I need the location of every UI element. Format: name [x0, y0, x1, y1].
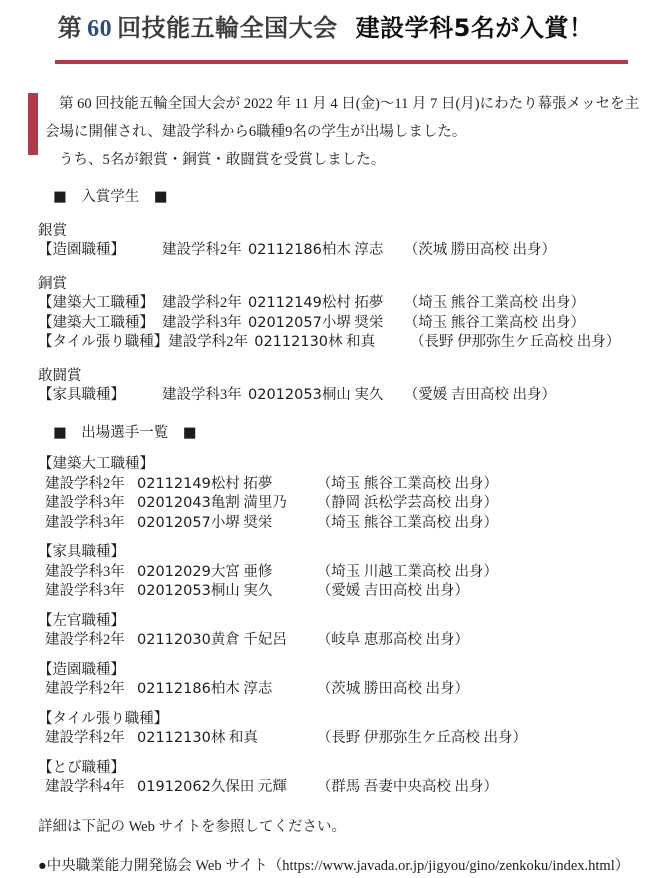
- roster-group: 【左官職種】 建設学科2年02112030黄倉 千妃呂（岐阜 恵那高校 出身）: [38, 612, 631, 651]
- student-grade: 建設学科2年: [162, 294, 248, 314]
- website-url[interactable]: （https://www.javada.or.jp/jigyou/gino/ze…: [268, 858, 630, 874]
- roster-section-header: ■ 出場選手一覧 ■: [38, 424, 631, 444]
- award-row: 【タイル張り職種】建設学科2年02112130林 和真（長野 伊那弥生ケ丘高校 …: [38, 333, 631, 353]
- website-reference-line: ●中央職業能力開発協会 Web サイト（https://www.javada.o…: [38, 857, 631, 877]
- website-label: 中央職業能力開発協会 Web サイト: [47, 858, 268, 874]
- trade-category: 【タイル張り職種】: [38, 710, 631, 730]
- student-name: 林 和真: [328, 333, 410, 353]
- student-name: 桐山 実久: [211, 582, 317, 602]
- roster-row: 建設学科3年02012057小堺 奨栄（埼玉 熊谷工業高校 出身）: [38, 514, 631, 534]
- award-name: 銀賞: [38, 222, 631, 242]
- student-origin: （埼玉 熊谷工業高校 出身）: [404, 294, 585, 314]
- student-id: 02112186: [248, 241, 322, 261]
- student-grade: 建設学科4年: [45, 778, 137, 798]
- document-body: 第 60 回技能五輪全国大会が 2022 年 11 月 4 日(金)～11 月 …: [38, 90, 631, 877]
- student-name: 亀割 満里乃: [211, 494, 317, 514]
- student-id: 02112186: [137, 680, 211, 700]
- award-group-bronze: 銅賞 【建築大工職種】建設学科2年02112149松村 拓夢（埼玉 熊谷工業高校…: [38, 275, 631, 353]
- intro-line: 会場に開催され、建設学科から6職種9名の学生が出場しました。: [45, 118, 631, 146]
- details-note: 詳細は下記の Web サイトを参照してください。: [38, 818, 631, 838]
- student-origin: （長野 伊那弥生ケ丘高校 出身）: [410, 333, 620, 353]
- student-origin: （埼玉 熊谷工業高校 出身）: [404, 314, 585, 334]
- student-grade: 建設学科3年: [45, 514, 137, 534]
- trade-category: 【とび職種】: [38, 759, 631, 779]
- student-grade: 建設学科3年: [45, 582, 137, 602]
- student-name: 大宮 亜修: [211, 563, 317, 583]
- roster-row: 建設学科4年01912062久保田 元輝（群馬 吾妻中央高校 出身）: [38, 778, 631, 798]
- student-id: 02112130: [137, 729, 211, 749]
- student-grade: 建設学科3年: [45, 494, 137, 514]
- roster-group: 【家具職種】 建設学科3年02012029大宮 亜修（埼玉 川越工業高校 出身）…: [38, 543, 631, 602]
- student-name: 林 和真: [211, 729, 317, 749]
- student-origin: （埼玉 熊谷工業高校 出身）: [317, 475, 498, 495]
- trade-label: 【建築大工職種】: [38, 314, 162, 334]
- student-origin: （岐阜 恵那高校 出身）: [317, 631, 469, 651]
- title-edition-number: 60: [82, 16, 117, 42]
- title-part-post: 回技能五輪全国大会: [117, 14, 338, 42]
- intro-paragraph: 第 60 回技能五輪全国大会が 2022 年 11 月 4 日(金)～11 月 …: [45, 90, 631, 174]
- student-id: 02112030: [137, 631, 211, 651]
- student-name: 柏木 淳志: [322, 241, 404, 261]
- student-origin: （愛媛 吉田高校 出身）: [317, 582, 469, 602]
- student-name: 桐山 実久: [322, 386, 404, 406]
- student-grade: 建設学科2年: [45, 729, 137, 749]
- student-id: 02112149: [137, 475, 211, 495]
- student-name: 小堺 奨栄: [322, 314, 404, 334]
- trade-label: 【家具職種】: [38, 386, 162, 406]
- award-name: 銅賞: [38, 275, 631, 295]
- roster-row: 建設学科2年02112030黄倉 千妃呂（岐阜 恵那高校 出身）: [38, 631, 631, 651]
- trade-label: 【タイル張り職種】: [38, 333, 168, 353]
- student-id: 02012053: [137, 582, 211, 602]
- student-origin: （埼玉 熊谷工業高校 出身）: [317, 514, 498, 534]
- award-row: 【家具職種】建設学科3年02012053桐山 実久（愛媛 吉田高校 出身）: [38, 386, 631, 406]
- student-grade: 建設学科3年: [45, 563, 137, 583]
- student-grade: 建設学科3年: [162, 314, 248, 334]
- award-row: 【造園職種】建設学科2年02112186柏木 淳志（茨城 勝田高校 出身）: [38, 241, 631, 261]
- student-name: 柏木 淳志: [211, 680, 317, 700]
- student-name: 久保田 元輝: [211, 778, 317, 798]
- student-grade: 建設学科3年: [162, 386, 248, 406]
- roster-group: 【造園職種】 建設学科2年02112186柏木 淳志（茨城 勝田高校 出身）: [38, 661, 631, 700]
- intro-line: 第 60 回技能五輪全国大会が 2022 年 11 月 4 日(金)～11 月 …: [45, 90, 631, 118]
- award-row: 【建築大工職種】建設学科2年02112149松村 拓夢（埼玉 熊谷工業高校 出身…: [38, 294, 631, 314]
- student-name: 松村 拓夢: [211, 475, 317, 495]
- roster-row: 建設学科2年02112130林 和真（長野 伊那弥生ケ丘高校 出身）: [38, 729, 631, 749]
- student-id: 02112149: [248, 294, 322, 314]
- student-origin: （茨城 勝田高校 出身）: [317, 680, 469, 700]
- student-grade: 建設学科2年: [45, 680, 137, 700]
- title-subtitle: 建設学科5名が入賞！: [356, 14, 594, 42]
- trade-category: 【建築大工職種】: [38, 455, 631, 475]
- document-page: 第60回技能五輪全国大会建設学科5名が入賞！ 第 60 回技能五輪全国大会が 2…: [0, 0, 651, 878]
- award-row: 【建築大工職種】建設学科3年02012057小堺 奨栄（埼玉 熊谷工業高校 出身…: [38, 314, 631, 334]
- student-name: 黄倉 千妃呂: [211, 631, 317, 651]
- roster-row: 建設学科3年02012053桐山 実久（愛媛 吉田高校 出身）: [38, 582, 631, 602]
- trade-category: 【造園職種】: [38, 661, 631, 681]
- roster-group: 【とび職種】 建設学科4年01912062久保田 元輝（群馬 吾妻中央高校 出身…: [38, 759, 631, 798]
- trade-label: 【造園職種】: [38, 241, 162, 261]
- student-origin: （長野 伊那弥生ケ丘高校 出身）: [317, 729, 527, 749]
- roster-row: 建設学科2年02112149松村 拓夢（埼玉 熊谷工業高校 出身）: [38, 475, 631, 495]
- page-title: 第60回技能五輪全国大会建設学科5名が入賞！: [0, 0, 651, 46]
- trade-category: 【左官職種】: [38, 612, 631, 632]
- student-grade: 建設学科2年: [45, 475, 137, 495]
- roster-row: 建設学科2年02112186柏木 淳志（茨城 勝田高校 出身）: [38, 680, 631, 700]
- student-grade: 建設学科2年: [45, 631, 137, 651]
- title-part-pre: 第: [58, 14, 83, 42]
- bullet-icon: ●: [38, 858, 47, 874]
- student-id: 02012057: [248, 314, 322, 334]
- student-origin: （静岡 浜松学芸高校 出身）: [317, 494, 498, 514]
- student-grade: 建設学科2年: [162, 241, 248, 261]
- student-id: 02012057: [137, 514, 211, 534]
- student-name: 小堺 奨栄: [211, 514, 317, 534]
- student-origin: （愛媛 吉田高校 出身）: [404, 386, 556, 406]
- roster-row: 建設学科3年02012029大宮 亜修（埼玉 川越工業高校 出身）: [38, 563, 631, 583]
- roster-group: 【建築大工職種】 建設学科2年02112149松村 拓夢（埼玉 熊谷工業高校 出…: [38, 455, 631, 533]
- student-grade: 建設学科2年: [168, 333, 254, 353]
- award-name: 敢闘賞: [38, 367, 631, 387]
- student-origin: （群馬 吾妻中央高校 出身）: [317, 778, 498, 798]
- student-name: 松村 拓夢: [322, 294, 404, 314]
- student-id: 02012043: [137, 494, 211, 514]
- accent-bar: [28, 93, 38, 155]
- award-group-fighting-spirit: 敢闘賞 【家具職種】建設学科3年02012053桐山 実久（愛媛 吉田高校 出身…: [38, 367, 631, 406]
- roster-row: 建設学科3年02012043亀割 満里乃（静岡 浜松学芸高校 出身）: [38, 494, 631, 514]
- roster-group: 【タイル張り職種】 建設学科2年02112130林 和真（長野 伊那弥生ケ丘高校…: [38, 710, 631, 749]
- student-id: 02012029: [137, 563, 211, 583]
- student-id: 02012053: [248, 386, 322, 406]
- student-id: 02112130: [254, 333, 328, 353]
- winners-section-header: ■ 入賞学生 ■: [38, 188, 631, 208]
- student-id: 01912062: [137, 778, 211, 798]
- title-rule-divider: [55, 60, 628, 64]
- award-group-silver: 銀賞 【造園職種】建設学科2年02112186柏木 淳志（茨城 勝田高校 出身）: [38, 222, 631, 261]
- trade-label: 【建築大工職種】: [38, 294, 162, 314]
- trade-category: 【家具職種】: [38, 543, 631, 563]
- intro-line: うち、5名が銀賞・銅賞・敢闘賞を受賞しました。: [45, 146, 631, 174]
- student-origin: （茨城 勝田高校 出身）: [404, 241, 556, 261]
- student-origin: （埼玉 川越工業高校 出身）: [317, 563, 498, 583]
